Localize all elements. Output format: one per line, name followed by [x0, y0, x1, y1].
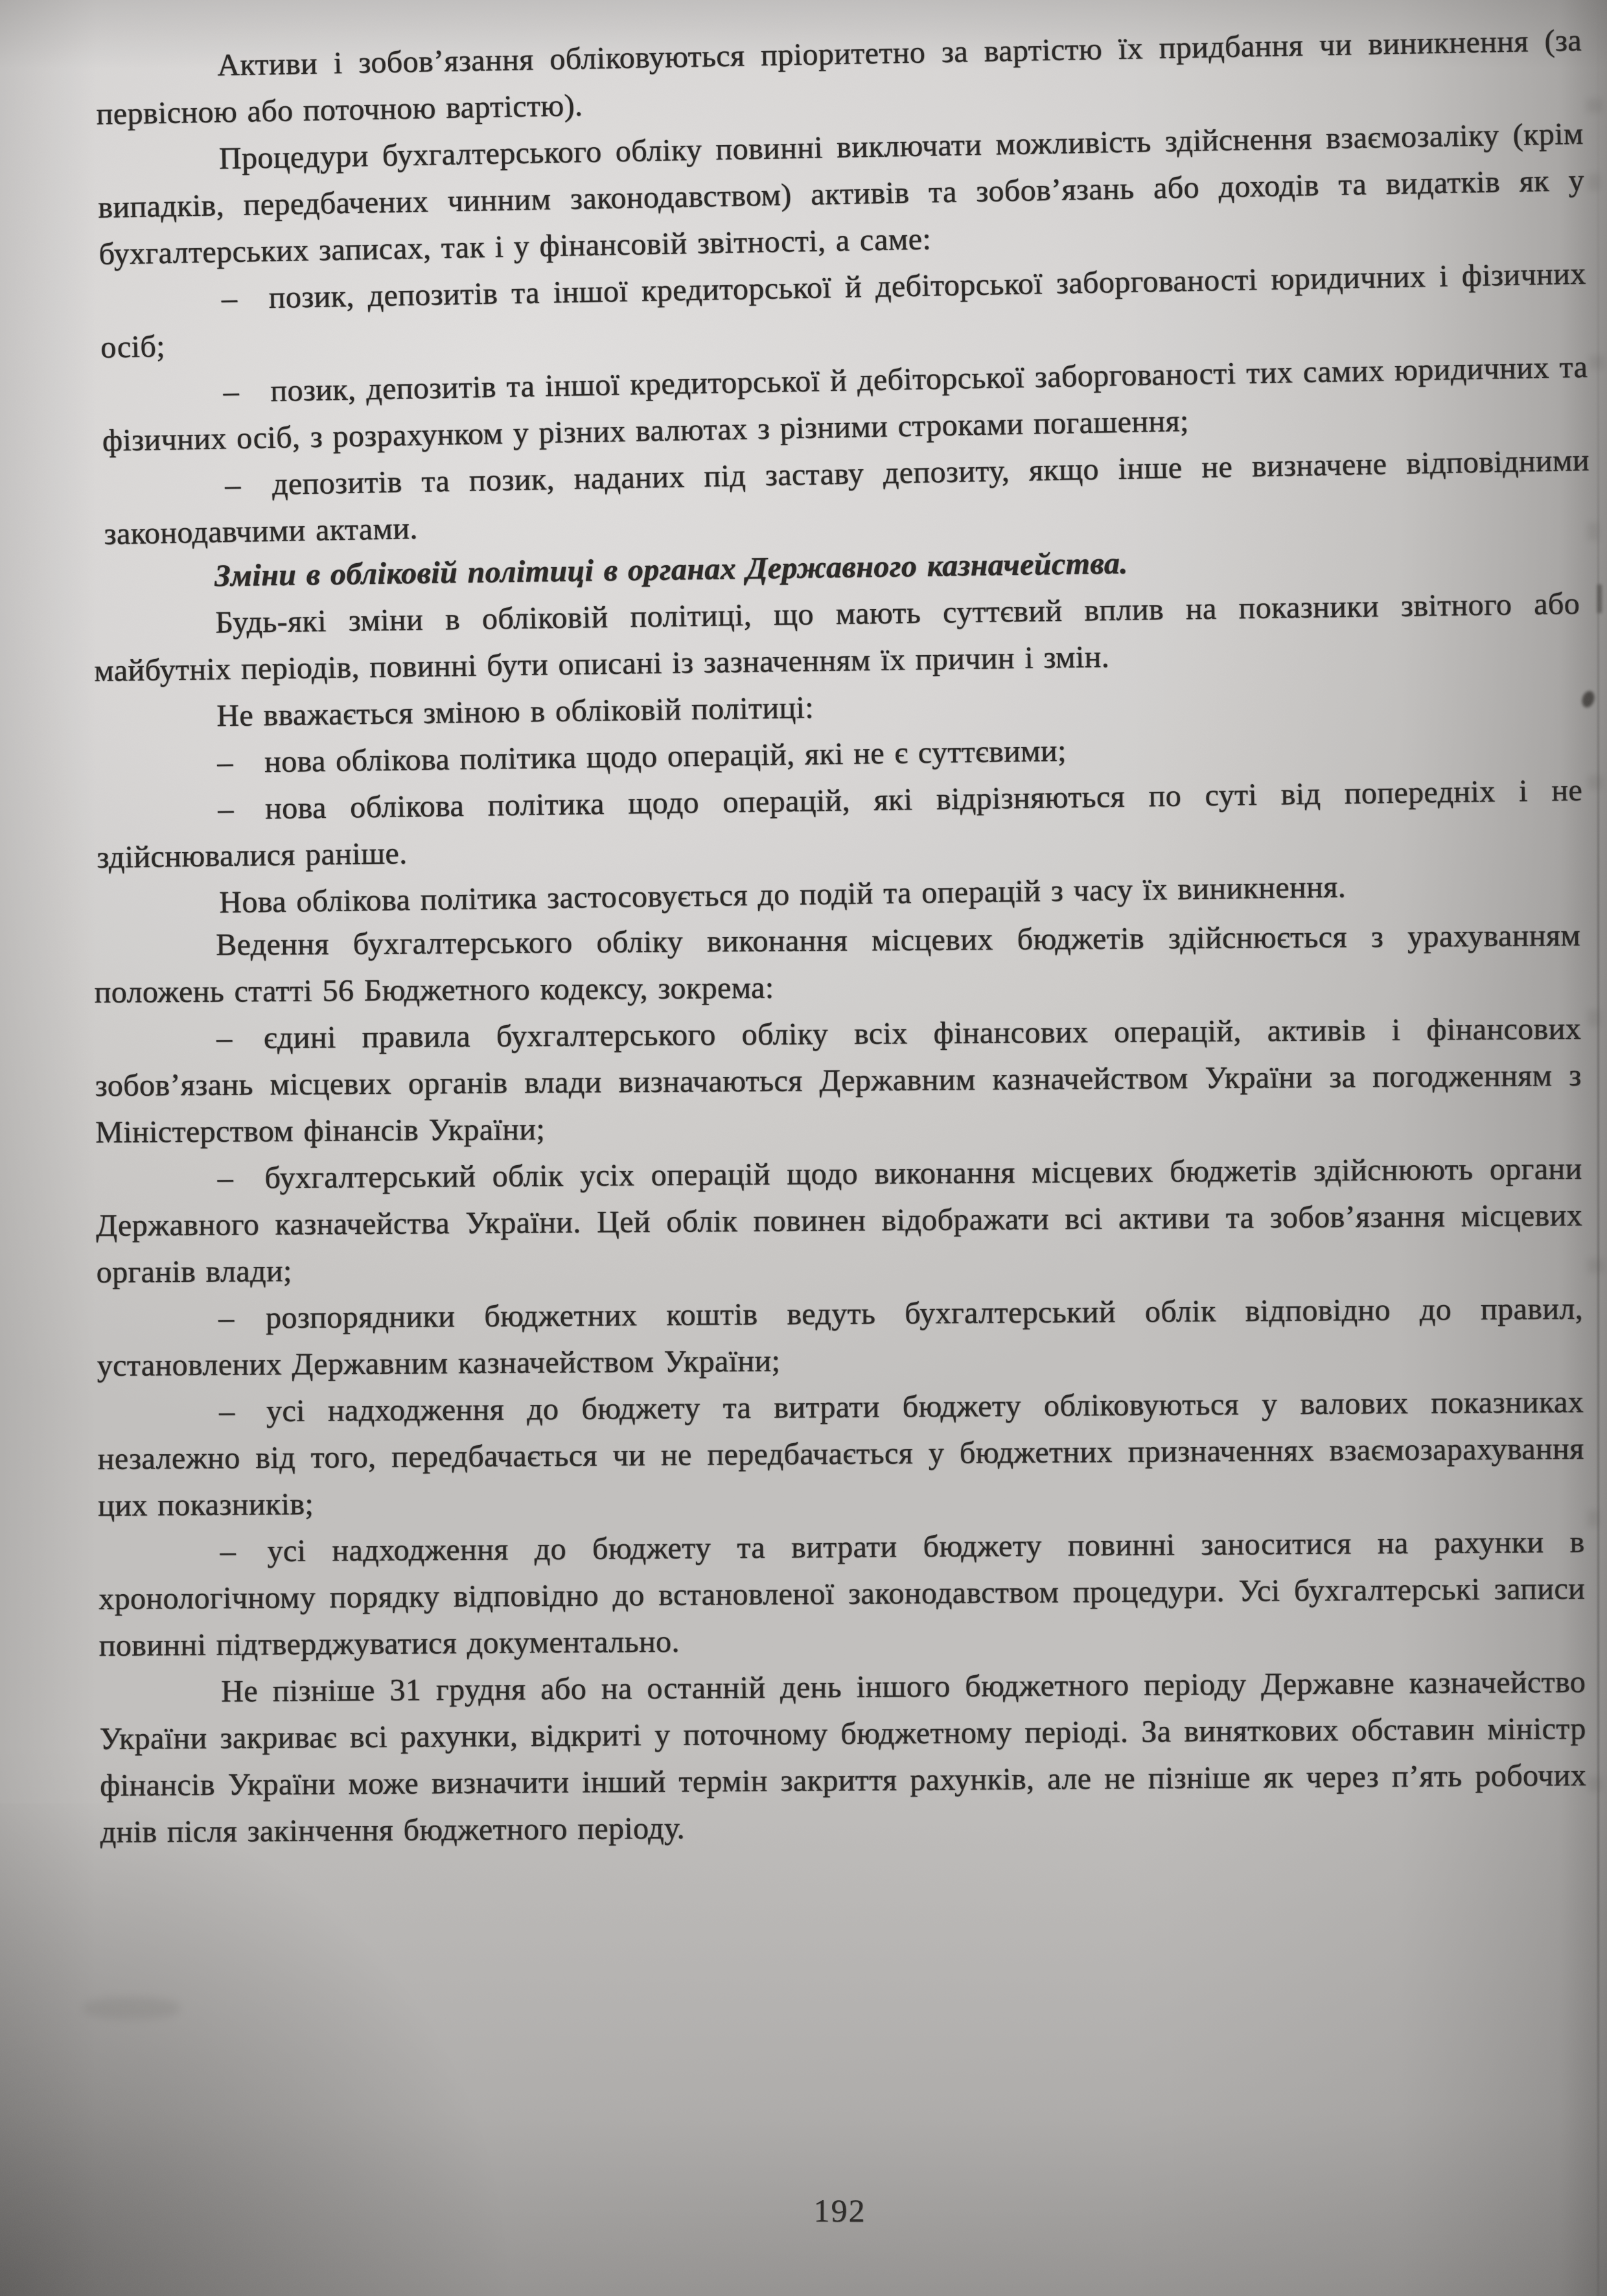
list-item: – усі надходження до бюджету та витрати … [97, 1379, 1584, 1529]
page-number: 192 [0, 2192, 1607, 2229]
bleed-through-mark [1588, 1777, 1602, 1791]
text-group-middle: Зміни в обліковій політиці в органах Дер… [93, 534, 1584, 928]
paragraph: Процедури бухгалтерського обліку повинні… [97, 111, 1586, 278]
bleed-through-mark [1588, 174, 1601, 191]
text-group-top: Активи і зобов’язання обліковуються пріо… [95, 17, 1591, 558]
bleed-through-mark [1588, 1510, 1599, 1527]
bleed-through-mark [1586, 99, 1603, 113]
list-item: – бухгалтерський облік усіх операцій щод… [95, 1146, 1582, 1296]
ink-smudge [1580, 690, 1596, 709]
bleed-through-mark [1588, 1258, 1604, 1273]
bleed-through-mark [1588, 1010, 1601, 1026]
paragraph: Ведення бухгалтерського обліку виконання… [94, 912, 1581, 1016]
list-item: – єдині правила бухгалтерського обліку в… [95, 1006, 1582, 1156]
ink-smudge [1597, 585, 1602, 613]
bleed-through-mark [1589, 355, 1604, 369]
page-text-block: Активи і зобов’язання обліковуються пріо… [80, 21, 1590, 1861]
text-group-bottom: Ведення бухгалтерського обліку виконання… [94, 912, 1587, 1856]
list-item: – усі надходження до бюджету та витрати … [98, 1519, 1585, 1669]
scanned-page: Активи і зобов’язання обліковуються пріо… [0, 0, 1607, 2296]
page-edge-line [1597, 0, 1599, 2296]
bleed-through-mark [1588, 775, 1603, 789]
list-item: – розпорядники бюджетних коштів ведуть б… [97, 1286, 1584, 1389]
paragraph: Не пізніше 31 грудня або на останній ден… [99, 1659, 1587, 1856]
faint-pencil-mark [83, 1997, 180, 2019]
